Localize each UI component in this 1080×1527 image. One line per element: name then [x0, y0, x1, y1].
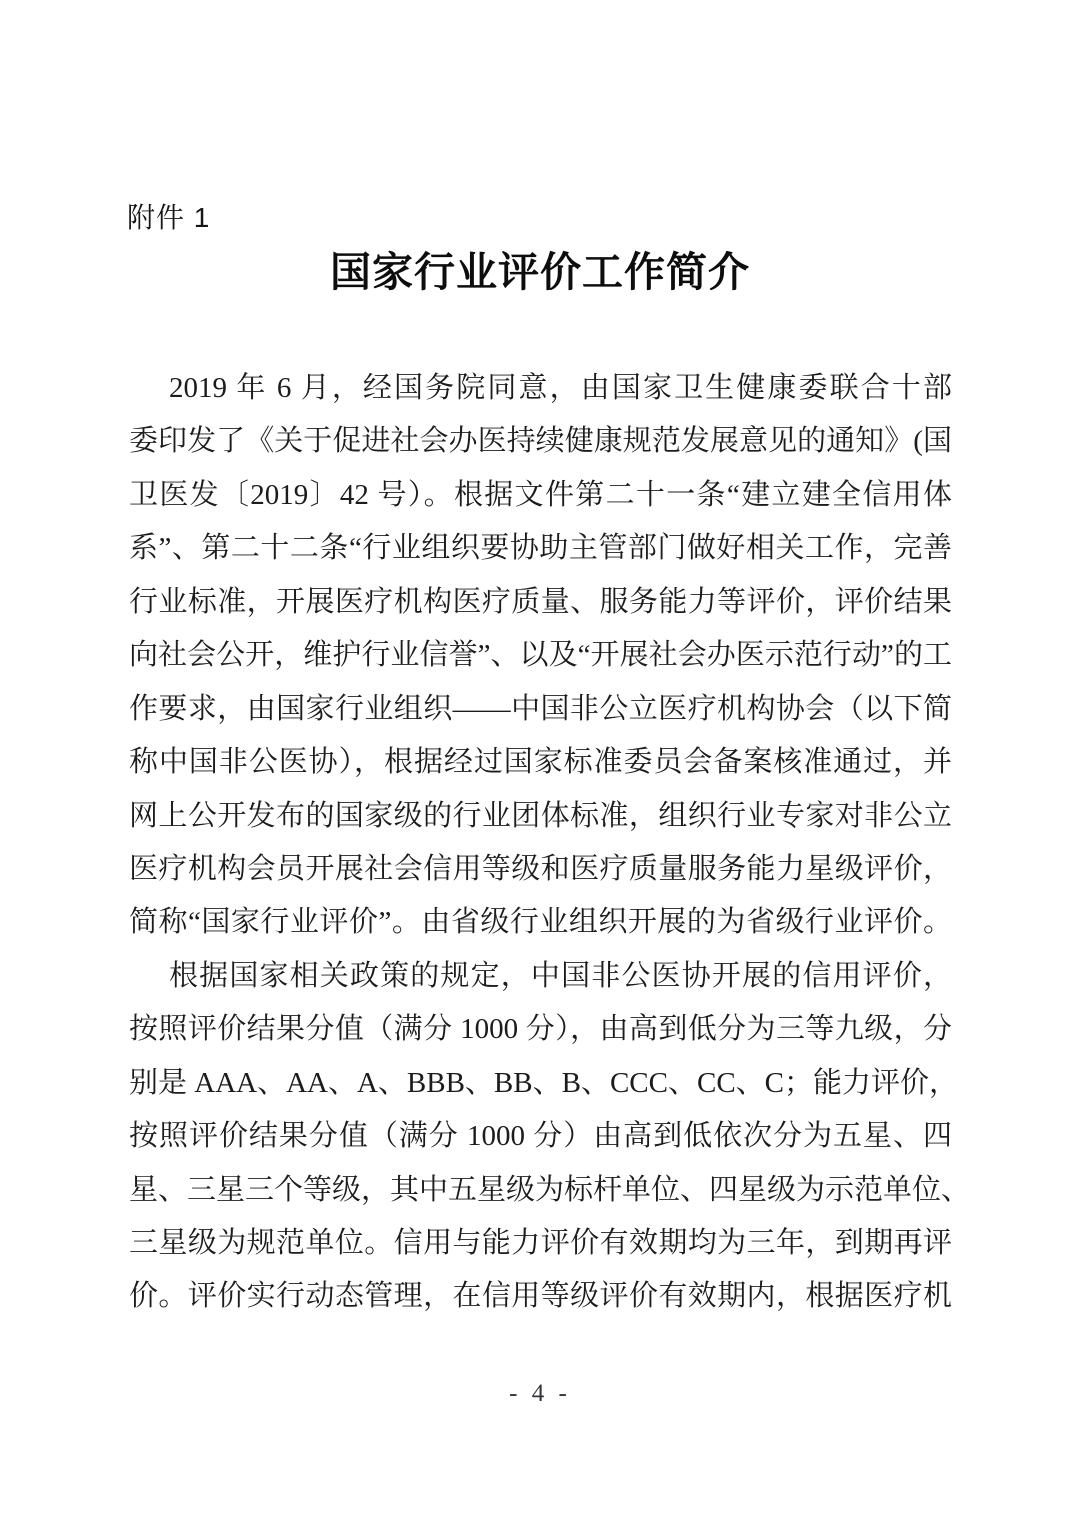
text-line: 称中国非公医协），根据经过国家标准委员会备案核准通过，并: [129, 736, 952, 789]
text-line: 作要求，由国家行业组织——中国非公立医疗机构协会（以下简: [129, 683, 952, 736]
text-line: 行业标准，开展医疗机构医疗质量、服务能力等评价，评价结果: [129, 576, 952, 629]
text-line: 根据国家相关政策的规定，中国非公医协开展的信用评价，: [129, 950, 952, 1003]
text-line: 向社会公开，维护行业信誉”、以及“开展社会办医示范行动”的工: [129, 629, 952, 682]
text-line: 三星级为规范单位。信用与能力评价有效期均为三年，到期再评: [129, 1217, 952, 1270]
paragraph-1: 2019 年 6 月，经国务院同意，由国家卫生健康委联合十部 委印发了《关于促进…: [129, 362, 952, 950]
text-line: 委印发了《关于促进社会办医持续健康规范发展意见的通知》(国: [129, 415, 952, 468]
page-number: - 4 -: [0, 1378, 1080, 1410]
text-line: 简称“国家行业评价”。由省级行业组织开展的为省级行业评价。: [129, 896, 952, 949]
text-line: 价。评价实行动态管理，在信用等级评价有效期内，根据医疗机: [129, 1270, 952, 1323]
text-line: 医疗机构会员开展社会信用等级和医疗质量服务能力星级评价，: [129, 843, 952, 896]
document-body: 2019 年 6 月，经国务院同意，由国家卫生健康委联合十部 委印发了《关于促进…: [129, 362, 952, 1324]
attachment-label: 附件 1: [127, 200, 210, 236]
text-line: 卫医发〔2019〕42 号）。根据文件第二十一条“建立建全信用体: [129, 469, 952, 522]
text-line: 别是 AAA、AA、A、BBB、BB、B、CCC、CC、C；能力评价，: [129, 1057, 952, 1110]
text-line: 系”、第二十二条“行业组织要协助主管部门做好相关工作，完善: [129, 522, 952, 575]
document-title: 国家行业评价工作简介: [0, 248, 1080, 296]
paragraph-2: 根据国家相关政策的规定，中国非公医协开展的信用评价， 按照评价结果分值（满分 1…: [129, 950, 952, 1324]
text-line: 按照评价结果分值（满分 1000 分），由高到低分为三等九级，分: [129, 1003, 952, 1056]
text-line: 星、三星三个等级，其中五星级为标杆单位、四星级为示范单位、: [129, 1164, 952, 1217]
text-line: 按照评价结果分值（满分 1000 分）由高到低依次分为五星、四: [129, 1110, 952, 1163]
document-page: 附件 1 国家行业评价工作简介 2019 年 6 月，经国务院同意，由国家卫生健…: [0, 0, 1080, 1527]
text-line: 网上公开发布的国家级的行业团体标准，组织行业专家对非公立: [129, 790, 952, 843]
text-line: 2019 年 6 月，经国务院同意，由国家卫生健康委联合十部: [129, 362, 952, 415]
